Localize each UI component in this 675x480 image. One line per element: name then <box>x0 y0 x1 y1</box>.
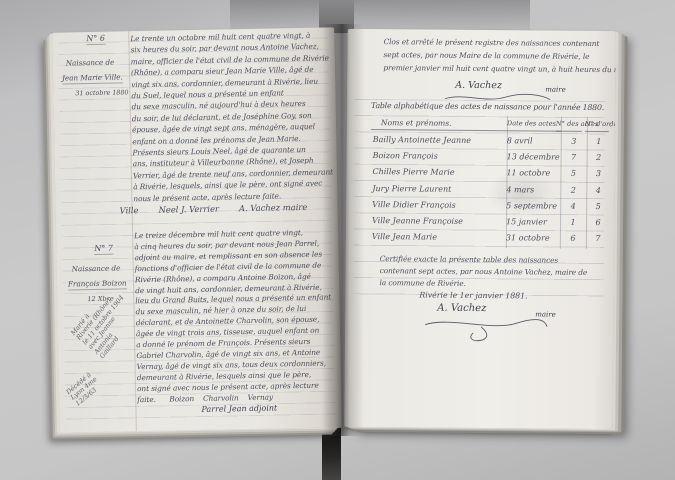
cell-name: Bailly Antoinette Jeanne <box>371 135 507 145</box>
cell-date: 8 avril <box>507 136 561 145</box>
cell-date: 5 septembre <box>506 201 560 210</box>
book-spine-bottom <box>322 428 341 480</box>
cell-date: 31 octobre <box>506 233 560 242</box>
place-date-line: Rivérie le 1er janvier 1881. <box>419 290 527 300</box>
register-book-photo: N° 6 Naissance de Jean Marie Ville. 31 o… <box>0 0 675 480</box>
cell-numero-acte: 7 <box>561 153 587 162</box>
cell-date: 11 octobre <box>506 169 560 178</box>
cell-numero-acte: 2 <box>560 185 586 194</box>
table-row: Ville Jean Marie 31 octobre 6 7 <box>370 232 610 250</box>
cell-numero-acte: 5 <box>560 169 586 178</box>
cell-name: Boizon François <box>371 151 507 161</box>
act6-number: N° 6 <box>86 34 105 45</box>
cell-name: Chilles Pierre Marie <box>370 167 506 177</box>
margin-note-marriage: Marié àRiverie (Rhône)le 11 octobre 1904… <box>70 285 143 360</box>
left-page: N° 6 Naissance de Jean Marie Ville. 31 o… <box>52 27 342 432</box>
signature: Neel J. Verrier <box>158 204 219 215</box>
cell-numero-ordre: 5 <box>586 202 610 211</box>
cell-name: Ville Jeanne Françoise <box>370 216 506 226</box>
cell-date: 13 décembre <box>507 152 561 161</box>
certification: Certifiée exacte la présente table des n… <box>379 253 605 291</box>
act7-margin-name: François Boizon <box>68 278 127 290</box>
header-numero-acte: N° des actes <box>556 120 582 132</box>
cell-name: Jury Pierre Laurent <box>370 184 506 194</box>
closing-statement: Clos et arrêté le présent registre des n… <box>383 35 609 76</box>
cell-name: Ville Jean Marie <box>370 232 506 242</box>
act6-body: Le trente un octobre mil huit cent quatr… <box>130 29 333 204</box>
cell-numero-acte: 1 <box>560 218 586 227</box>
cell-name: Ville Didier François <box>370 200 506 210</box>
header-noms: Noms et prénoms. <box>371 118 507 131</box>
signature-flourish <box>421 316 551 345</box>
table-header: Noms et prénoms. Date des actes N° des a… <box>371 118 611 132</box>
cell-numero-ordre: 7 <box>586 234 610 243</box>
table-title: Table alphabétique des actes de naissanc… <box>371 101 604 112</box>
cell-date: 4 mars <box>506 185 560 194</box>
cell-numero-ordre: 3 <box>586 169 610 178</box>
act6-margin-title: Naissance de <box>66 58 115 68</box>
cell-numero-acte: 6 <box>560 234 586 243</box>
act7-adjoint-signature: Parrel Jean adjoint <box>201 403 277 413</box>
cell-numero-acte: 4 <box>560 201 586 210</box>
cell-numero-acte: 3 <box>561 137 587 146</box>
closing-signature: A. Vachez <box>455 80 502 91</box>
margin-note-death: Décédé àLyon 4me12/3/63 <box>65 371 104 408</box>
mayor-signature: A. Vachez <box>437 303 486 314</box>
certification-line: la commune de Rivérie. <box>379 277 605 291</box>
act6-margin-name: Jean Marie Ville. <box>62 72 123 84</box>
act7-number: N° 7 <box>94 244 113 255</box>
cell-numero-ordre: 6 <box>586 218 610 227</box>
table-rows: Bailly Antoinette Jeanne 8 avril 3 1 Boi… <box>370 135 611 250</box>
cell-date: 15 janvier <box>506 217 560 226</box>
signature: Ville <box>120 205 139 215</box>
right-page: Clos et arrêté le présent registre des n… <box>344 29 615 429</box>
header-date: Date des actes <box>507 119 561 131</box>
signature: A. Vachez maire <box>239 202 308 213</box>
act7-body: Le treize décembre mil huit cent quatre … <box>134 227 337 405</box>
cell-numero-ordre: 2 <box>587 153 611 162</box>
act7-margin-title: Naissance de <box>72 263 121 273</box>
header-numero-ordre: N° d'ordre <box>585 120 609 132</box>
act6-margin-date: 31 octobre 1880 <box>75 88 128 97</box>
cell-numero-ordre: 4 <box>586 185 610 194</box>
cell-numero-ordre: 1 <box>587 137 611 146</box>
closing-line: premier janvier mil huit cent quatre vin… <box>383 61 609 76</box>
